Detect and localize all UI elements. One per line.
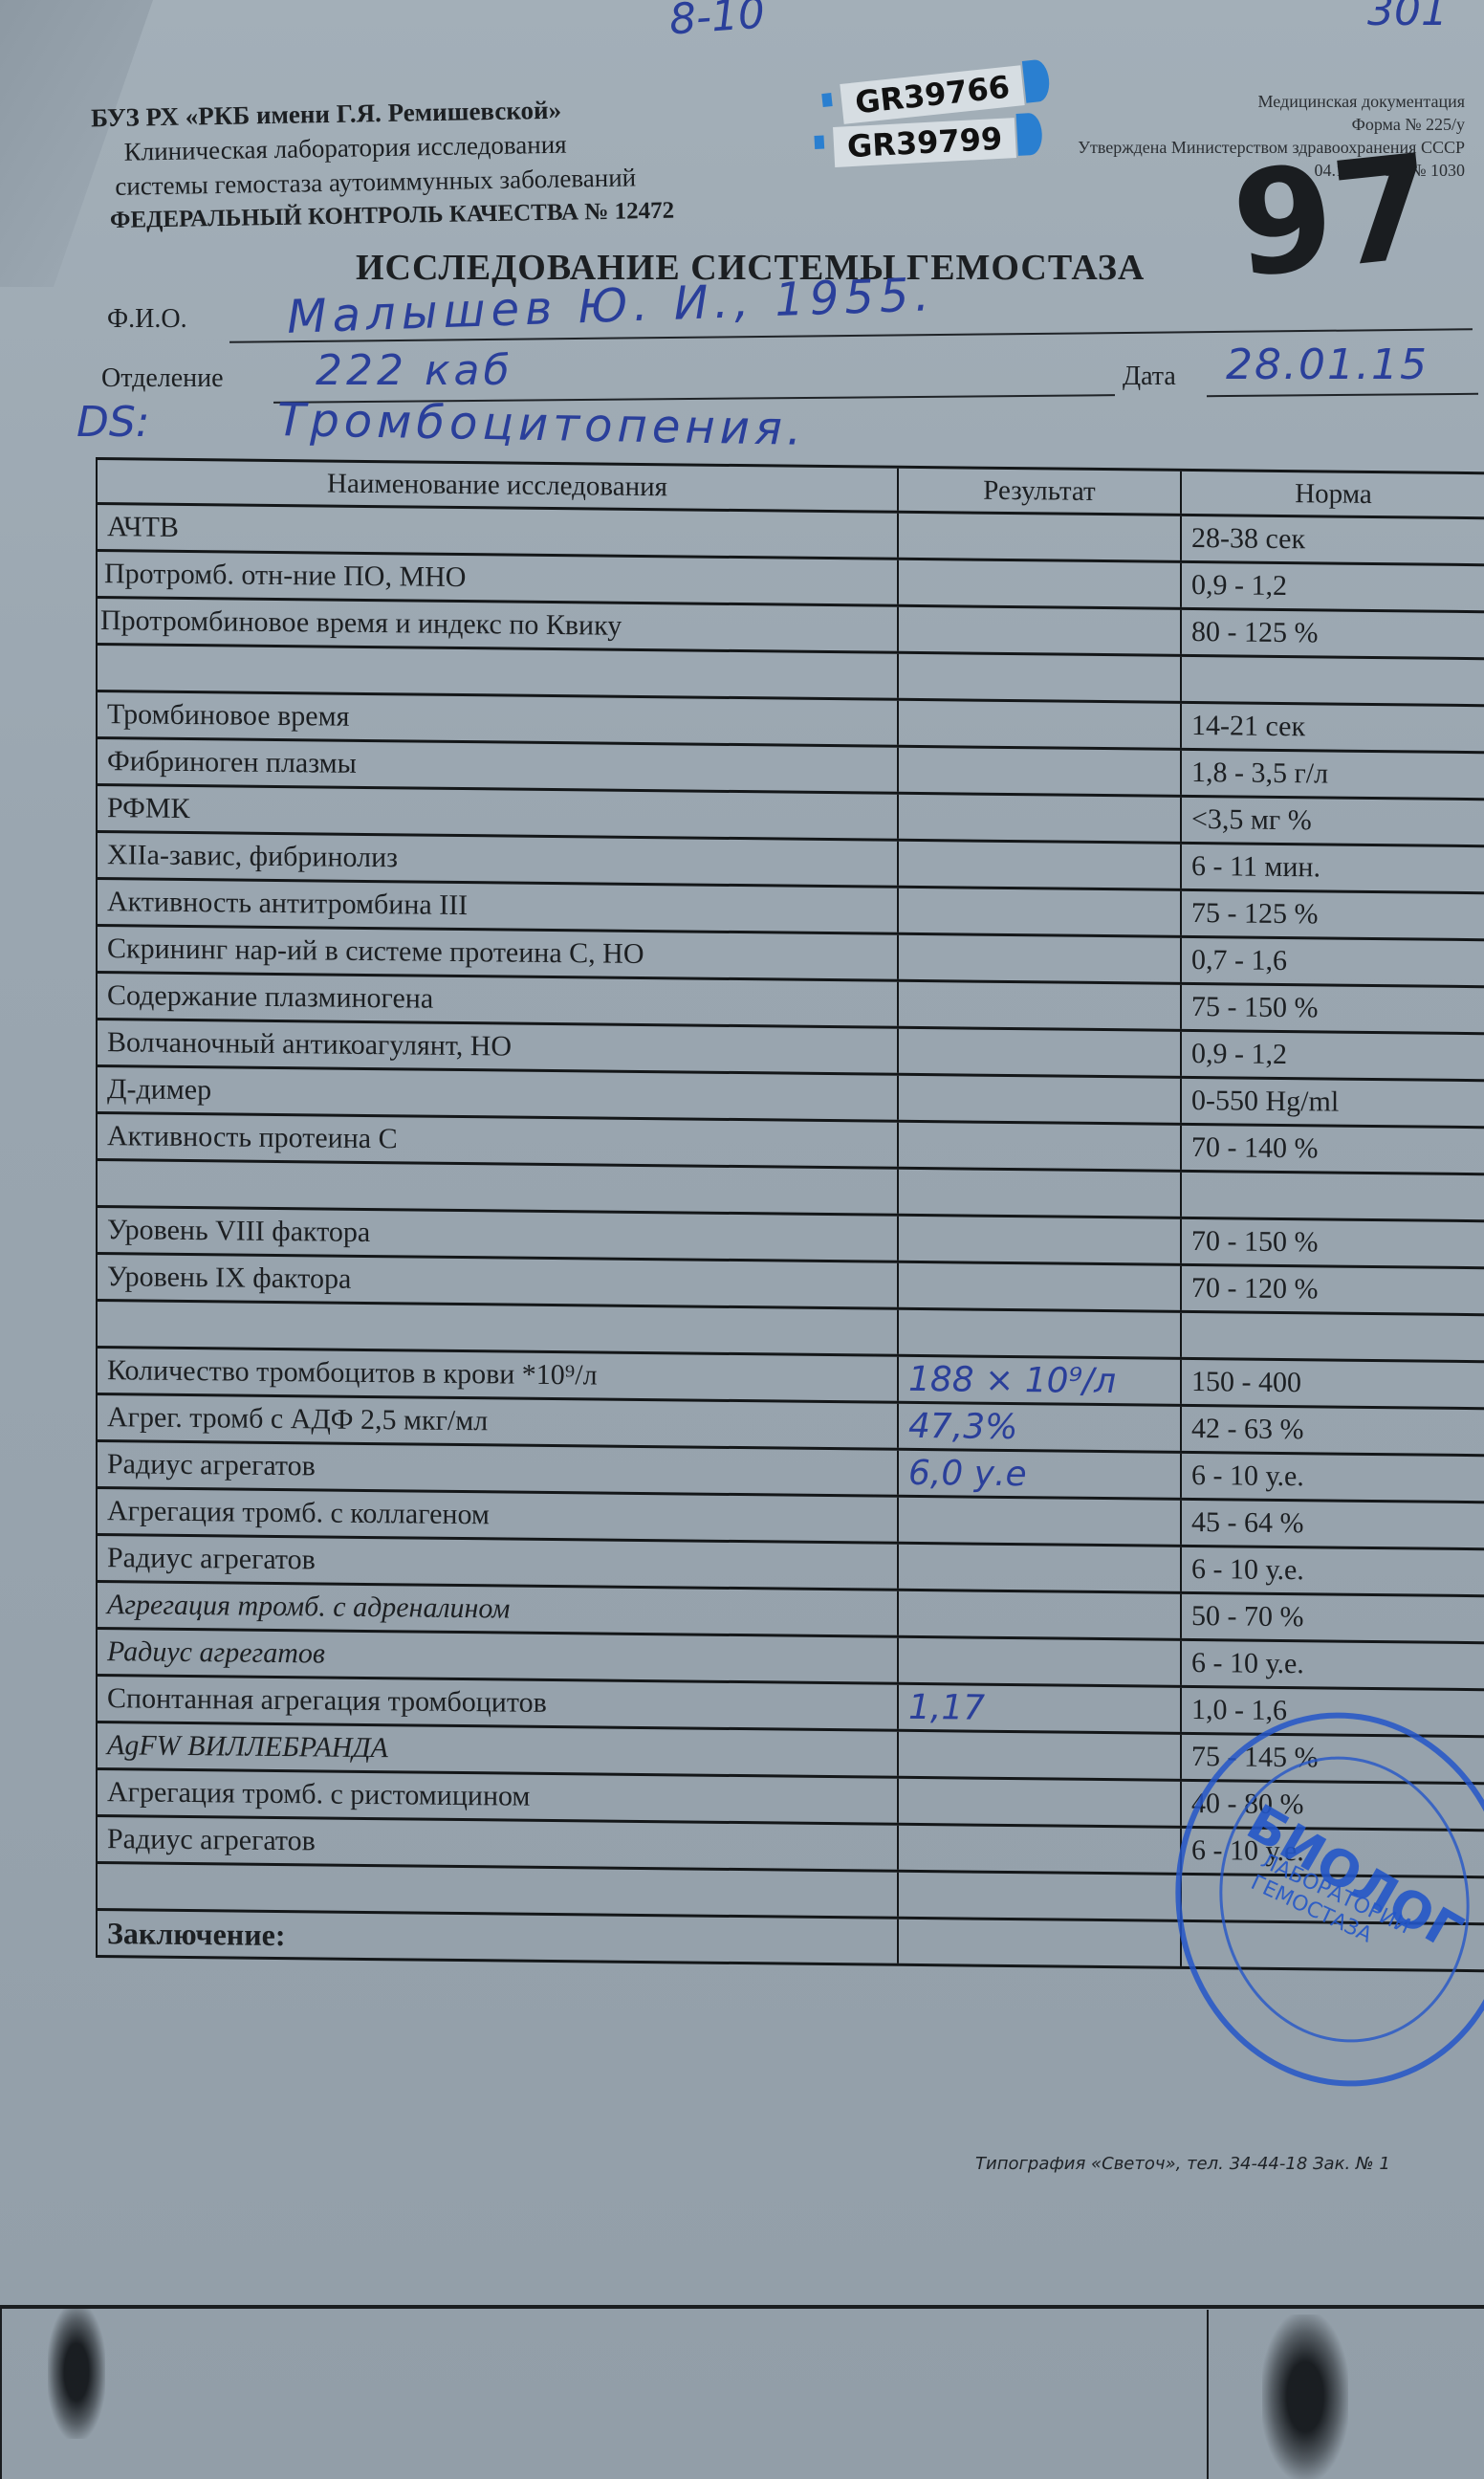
- test-norm: 75 - 150 %: [1181, 983, 1484, 1033]
- test-result[interactable]: [898, 605, 1181, 655]
- test-result[interactable]: [898, 933, 1181, 983]
- test-norm: [1181, 1311, 1484, 1361]
- test-norm: 0,7 - 1,6: [1181, 936, 1484, 986]
- test-name: AgFW ВИЛЛЕБРАНДА: [97, 1722, 898, 1778]
- test-name: Волчаночный антикоагулянт, НО: [97, 1020, 898, 1075]
- next-sheet-edge: [0, 2305, 1484, 2309]
- test-result[interactable]: [898, 699, 1181, 749]
- med-doc-label: Медицинская документация: [1078, 90, 1465, 113]
- test-norm: 6 - 11 мин.: [1181, 843, 1484, 892]
- test-norm: 50 - 70 %: [1181, 1592, 1484, 1642]
- test-result[interactable]: [898, 1777, 1181, 1827]
- next-sheet-border-left: [0, 2305, 2, 2479]
- test-result[interactable]: [898, 1308, 1181, 1358]
- column-header-result: Результат: [898, 467, 1181, 515]
- test-result[interactable]: [898, 652, 1181, 702]
- department-field[interactable]: 222 каб: [316, 346, 513, 395]
- test-result[interactable]: [898, 793, 1181, 843]
- test-result[interactable]: [898, 559, 1181, 608]
- department-label: Отделение: [101, 363, 224, 394]
- test-name: Протромб. отн-ние ПО, МНО: [97, 551, 898, 606]
- test-result[interactable]: [898, 1590, 1181, 1639]
- sticker-marker-icon: [821, 93, 832, 107]
- org-header: БУЗ РХ «РКБ имени Г.Я. Ремишевской» Клин…: [91, 91, 675, 239]
- ink-blot: [48, 2305, 105, 2439]
- test-name: [97, 1301, 898, 1356]
- test-result[interactable]: 1,17: [898, 1683, 1181, 1733]
- test-result[interactable]: [898, 1824, 1181, 1874]
- test-result[interactable]: 47,3%: [898, 1402, 1181, 1452]
- handwritten-mark-top: 8-10: [667, 0, 766, 44]
- fio-label: Ф.И.О.: [107, 304, 187, 335]
- test-norm: 0-550 Hg/ml: [1181, 1077, 1484, 1127]
- test-norm: 1,8 - 3,5 г/л: [1181, 749, 1484, 799]
- test-name: Агрег. тромб с АДФ 2,5 мкг/мл: [97, 1394, 898, 1450]
- test-name: Уровень IX фактора: [97, 1254, 898, 1309]
- test-name: Протромбиновое время и индекс по Квику: [97, 598, 898, 653]
- test-name: Активность антитромбина III: [97, 879, 898, 934]
- test-result[interactable]: [898, 980, 1181, 1030]
- test-norm: <3,5 мг %: [1181, 796, 1484, 845]
- test-result[interactable]: [898, 887, 1181, 936]
- test-name: Агрегация тромб. с адреналином: [97, 1582, 898, 1637]
- next-sheet-border-right: [1207, 2310, 1209, 2479]
- test-norm: 70 - 150 %: [1181, 1218, 1484, 1267]
- test-norm: 28-38 сек: [1181, 515, 1484, 564]
- test-result[interactable]: [898, 1215, 1181, 1264]
- test-name: Активность протеина С: [97, 1113, 898, 1169]
- test-name: [97, 645, 898, 700]
- test-name: [97, 1160, 898, 1216]
- test-name: Заключение:: [97, 1910, 898, 1965]
- test-name: Тромбиновое время: [97, 691, 898, 747]
- test-result[interactable]: [898, 1074, 1181, 1124]
- diagnosis-field[interactable]: Тромбоцитопения.: [277, 393, 807, 456]
- test-result[interactable]: [898, 1918, 1181, 1967]
- test-name: Радиус агрегатов: [97, 1629, 898, 1684]
- test-name: Скрининг нар-ий в системе протеина С, НО: [97, 926, 898, 981]
- test-name: Содержание плазминогена: [97, 973, 898, 1028]
- test-name: РФМК: [97, 785, 898, 841]
- test-result[interactable]: [898, 1027, 1181, 1077]
- test-norm: [1181, 655, 1484, 705]
- ink-blot: [1262, 2314, 1348, 2479]
- test-norm: 70 - 140 %: [1181, 1124, 1484, 1174]
- test-name: Д-димер: [97, 1066, 898, 1122]
- test-result[interactable]: [898, 1121, 1181, 1171]
- test-norm: 0,9 - 1,2: [1181, 561, 1484, 611]
- test-norm: 0,9 - 1,2: [1181, 1030, 1484, 1080]
- test-name: Радиус агрегатов: [97, 1441, 898, 1497]
- test-name: [97, 1863, 898, 1919]
- test-result[interactable]: [898, 840, 1181, 889]
- test-result[interactable]: [898, 1543, 1181, 1592]
- printer-imprint: Типография «Светоч», тел. 34-44-18 Зак. …: [975, 2154, 1390, 2174]
- test-norm: 80 - 125 %: [1181, 608, 1484, 658]
- test-name: Агрегация тромб. с ристомицином: [97, 1769, 898, 1825]
- test-norm: 6 - 10 у.е.: [1181, 1452, 1484, 1502]
- test-result[interactable]: [898, 1730, 1181, 1780]
- test-name: Уровень VIII фактора: [97, 1207, 898, 1262]
- test-result[interactable]: 6,0 у.е: [898, 1449, 1181, 1499]
- test-result[interactable]: 188 × 10⁹/л: [898, 1355, 1181, 1405]
- barcode-label: GR39799: [846, 121, 1003, 165]
- diagnosis-label: DS:: [76, 398, 150, 447]
- sticker-marker-icon: [814, 136, 824, 150]
- test-norm: 75 - 125 %: [1181, 889, 1484, 939]
- test-result[interactable]: [898, 1261, 1181, 1311]
- test-result[interactable]: [898, 512, 1181, 561]
- handwritten-number: 97: [1225, 124, 1441, 311]
- test-name: Спонтанная агрегация тромбоцитов: [97, 1676, 898, 1731]
- test-name: Агрегация тромб. с коллагеном: [97, 1488, 898, 1544]
- column-header-norm: Норма: [1181, 470, 1484, 517]
- test-name: Фибриноген плазмы: [97, 738, 898, 794]
- test-norm: 45 - 64 %: [1181, 1499, 1484, 1548]
- test-norm: 14-21 сек: [1181, 702, 1484, 752]
- test-norm: 150 - 400: [1181, 1358, 1484, 1408]
- test-result[interactable]: [898, 1496, 1181, 1546]
- test-norm: 6 - 10 у.е.: [1181, 1546, 1484, 1595]
- date-field[interactable]: 28.01.15: [1226, 340, 1429, 389]
- test-norm: 70 - 120 %: [1181, 1264, 1484, 1314]
- test-result[interactable]: [898, 1636, 1181, 1686]
- handwritten-mark-corner: 301: [1367, 0, 1448, 35]
- test-norm: 42 - 63 %: [1181, 1405, 1484, 1455]
- test-name: Количество тромбоцитов в крови *10⁹/л: [97, 1348, 898, 1403]
- test-name: Радиус агрегатов: [97, 1535, 898, 1591]
- date-label: Дата: [1123, 362, 1176, 392]
- test-result[interactable]: [898, 746, 1181, 796]
- test-name: АЧТВ: [97, 504, 898, 559]
- test-name: Радиус агрегатов: [97, 1816, 898, 1872]
- test-norm: 6 - 10 у.е.: [1181, 1639, 1484, 1689]
- test-result[interactable]: [898, 1871, 1181, 1920]
- test-result[interactable]: [898, 1168, 1181, 1218]
- test-name: XIIа-завис, фибринолиз: [97, 832, 898, 888]
- test-norm: [1181, 1171, 1484, 1220]
